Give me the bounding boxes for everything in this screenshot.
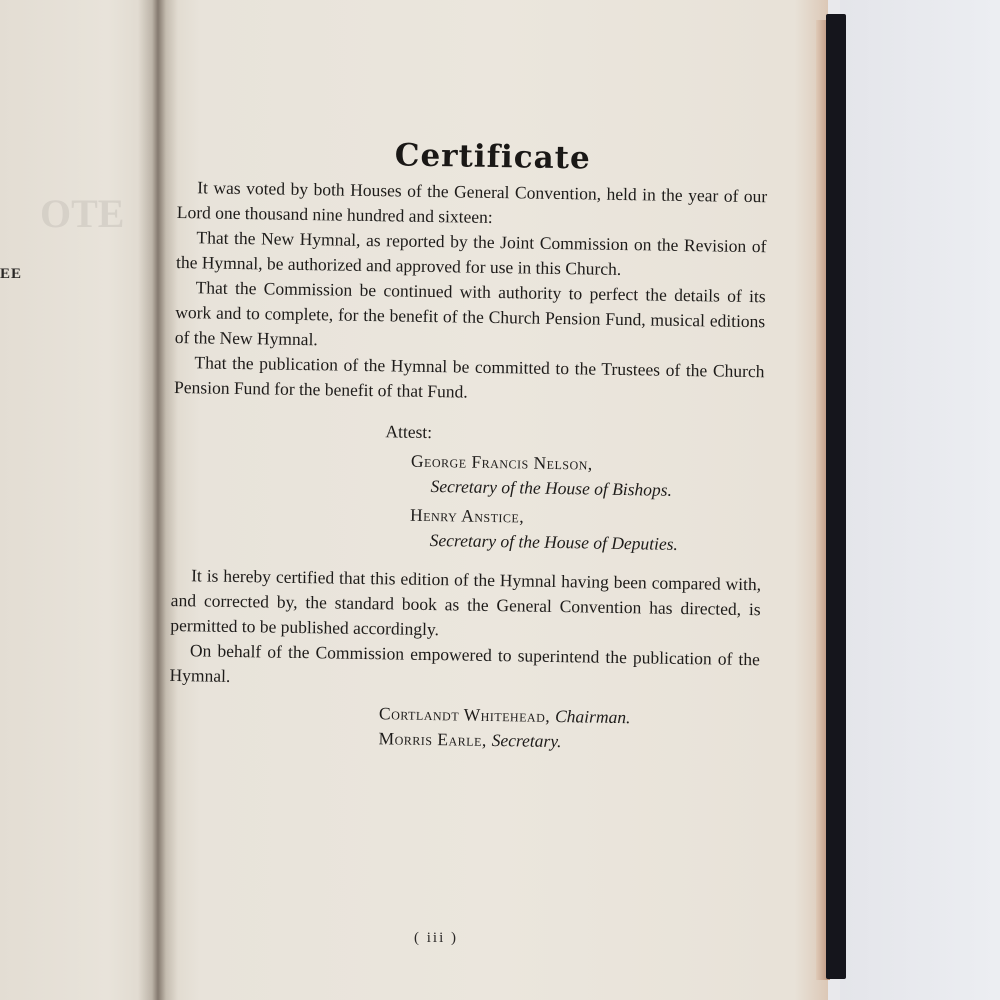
signatories: Cortlandt Whitehead, Chairman. Morris Ea… bbox=[168, 698, 759, 757]
paragraph: That the New Hymnal, as reported by the … bbox=[176, 225, 767, 284]
left-page-fragment: EE bbox=[0, 266, 22, 283]
paragraph: That the publication of the Hymnal be co… bbox=[174, 350, 765, 409]
signatory-name: Cortlandt Whitehead, bbox=[379, 703, 551, 726]
page-number: ( iii ) bbox=[414, 930, 458, 947]
signatory-role: Secretary. bbox=[492, 730, 562, 751]
book-cover-edge bbox=[826, 14, 846, 979]
paragraph: It was voted by both Houses of the Gener… bbox=[177, 175, 768, 234]
paragraph: That the Commission be continued with au… bbox=[175, 275, 766, 359]
bleed-through-text: OTE bbox=[40, 190, 124, 237]
certificate-content: Certificate It was voted by both Houses … bbox=[168, 140, 767, 757]
background-surface bbox=[840, 0, 1000, 1000]
signatory-name: Morris Earle, bbox=[378, 728, 486, 750]
certification-paragraph: It is hereby certified that this edition… bbox=[170, 563, 761, 647]
signatory-role: Chairman. bbox=[555, 706, 631, 727]
attest-label: Attest: bbox=[173, 416, 763, 450]
certification-paragraph: On behalf of the Commission empowered to… bbox=[169, 638, 760, 697]
